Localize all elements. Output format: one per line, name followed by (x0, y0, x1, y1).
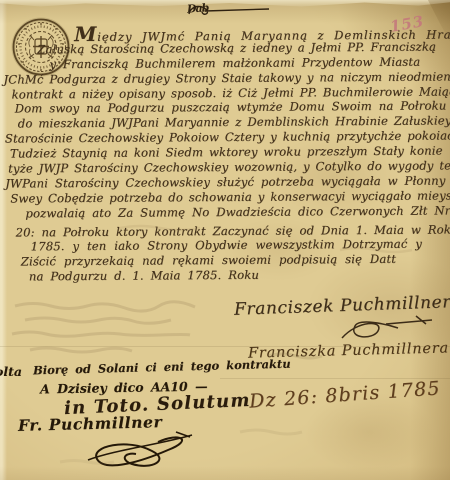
manuscript-body: Między JWJmć Panią Maryanną z Demlinskic… (0, 24, 450, 284)
paraph-flourish-icon (80, 430, 200, 476)
body-line: pozwalaią ato Za Summę No Dwadzieścia di… (0, 203, 450, 221)
top-notation-text: Dab (187, 1, 209, 15)
annotation-fragment: olta (0, 364, 22, 379)
top-notation: Dab (183, 1, 273, 21)
body-line: na Podgurzu d. 1. Maia 1785. Roku (1, 267, 450, 285)
